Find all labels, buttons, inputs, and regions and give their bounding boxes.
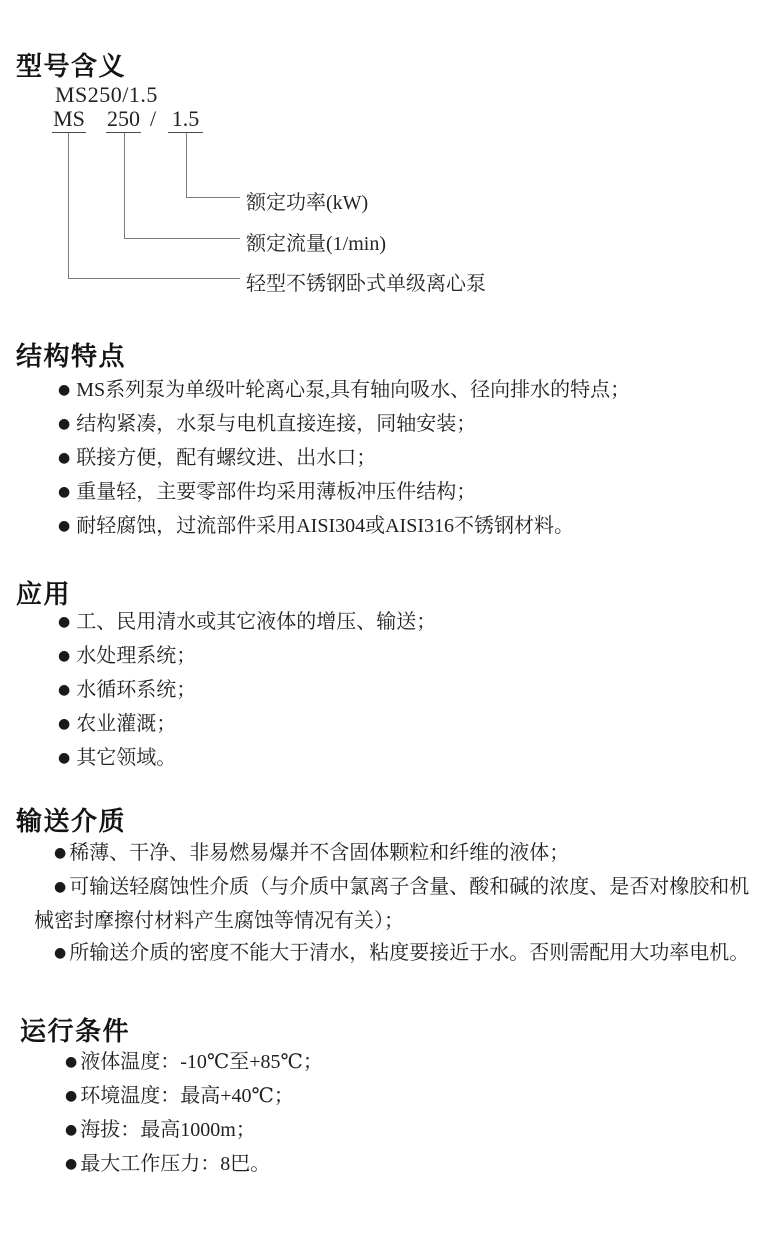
bullet-icon: ● bbox=[58, 484, 70, 500]
bullet-icon: ● bbox=[54, 845, 66, 861]
list-item: ●稀薄、干净、非易燃易爆并不含固体颗粒和纤维的液体； bbox=[34, 837, 780, 871]
model-part-slash: / bbox=[146, 106, 160, 132]
model-part-flow-value: 250 bbox=[106, 106, 141, 133]
connector-line-vertical-flow bbox=[124, 133, 125, 239]
list-item-text: 耐轻腐蚀，过流部件采用AISI304或AISI316不锈钢材料。 bbox=[76, 515, 574, 537]
connector-line-horizontal-series bbox=[68, 278, 240, 279]
list-item: ●工、民用清水或其它液体的增压、输送； bbox=[38, 606, 768, 640]
list-item-text: 其它领域。 bbox=[76, 747, 176, 769]
bullet-icon: ● bbox=[58, 716, 70, 732]
list-item: ●农业灌溉； bbox=[38, 708, 768, 742]
list-item-text: MS系列泵为单级叶轮离心泵,具有轴向吸水、径向排水的特点； bbox=[76, 379, 630, 401]
bullet-icon: ● bbox=[58, 682, 70, 698]
list-item: ●最大工作压力：8巴。 bbox=[45, 1148, 745, 1182]
list-item-text: 稀薄、干净、非易燃易爆并不含固体颗粒和纤维的液体； bbox=[69, 842, 569, 864]
bullet-icon: ● bbox=[54, 945, 66, 961]
list-item-text: 农业灌溉； bbox=[76, 713, 176, 735]
label-rated-power: 额定功率(kW) bbox=[246, 186, 368, 215]
model-meaning-heading: 型号含义 bbox=[16, 46, 126, 83]
model-part-series: MS bbox=[52, 106, 86, 133]
model-code-full: MS250/1.5 bbox=[55, 82, 158, 108]
list-item-text: 结构紧凑，水泵与电机直接连接，同轴安装； bbox=[76, 413, 476, 435]
bullet-icon: ● bbox=[58, 416, 70, 432]
list-item: ●水循环系统； bbox=[38, 674, 768, 708]
list-item-text: 重量轻，主要零部件均采用薄板冲压件结构； bbox=[76, 481, 476, 503]
model-code-diagram: MS250/1.5 MS 250 / 1.5 额定功率(kW) 额定流量(1/m… bbox=[0, 80, 780, 305]
structure-features-heading: 结构特点 bbox=[16, 336, 126, 373]
label-rated-flow: 额定流量(1/min) bbox=[246, 227, 386, 256]
list-item: ●其它领域。 bbox=[38, 742, 768, 776]
list-item-text: 工、民用清水或其它液体的增压、输送； bbox=[76, 611, 436, 633]
bullet-icon: ● bbox=[58, 518, 70, 534]
list-item: ●海拔：最高1000m； bbox=[45, 1114, 745, 1148]
list-item: ●环境温度：最高+40℃； bbox=[45, 1080, 745, 1114]
bullet-icon: ● bbox=[58, 450, 70, 466]
bullet-icon: ● bbox=[54, 879, 66, 895]
list-item-text: 可输送轻腐蚀性介质（与介质中氯离子含量、酸和碱的浓度、是否对橡胶和机 bbox=[69, 876, 749, 898]
list-item: ●结构紧凑，水泵与电机直接连接，同轴安装； bbox=[38, 408, 768, 442]
list-item: ●联接方便，配有螺纹进、出水口； bbox=[38, 442, 768, 476]
list-item: ●MS系列泵为单级叶轮离心泵,具有轴向吸水、径向排水的特点； bbox=[38, 374, 768, 408]
application-list: ●工、民用清水或其它液体的增压、输送； ●水处理系统； ●水循环系统； ●农业灌… bbox=[38, 606, 768, 776]
list-item-text: 联接方便，配有螺纹进、出水口； bbox=[76, 447, 376, 469]
bullet-icon: ● bbox=[65, 1054, 77, 1070]
bullet-icon: ● bbox=[58, 382, 70, 398]
operating-conditions-heading: 运行条件 bbox=[20, 1011, 130, 1048]
model-part-power-value: 1.5 bbox=[168, 106, 203, 133]
label-pump-type: 轻型不锈钢卧式单级离心泵 bbox=[246, 267, 486, 296]
connector-line-horizontal-power bbox=[186, 197, 240, 198]
structure-feature-list: ●MS系列泵为单级叶轮离心泵,具有轴向吸水、径向排水的特点； ●结构紧凑，水泵与… bbox=[38, 374, 768, 544]
list-item-text: 水循环系统； bbox=[76, 679, 196, 701]
list-item: ●所输送介质的密度不能大于清水，粘度要接近于水。否则需配用大功率电机。 bbox=[34, 937, 780, 971]
list-item: ●液体温度：-10℃至+85℃； bbox=[45, 1046, 745, 1080]
list-item-text: 水处理系统； bbox=[76, 645, 196, 667]
connector-line-vertical-power bbox=[186, 133, 187, 198]
list-item-text: 液体温度：-10℃至+85℃； bbox=[80, 1051, 323, 1073]
list-item-text: 环境温度：最高+40℃； bbox=[80, 1085, 294, 1107]
bullet-icon: ● bbox=[65, 1088, 77, 1104]
document-page: 型号含义 MS250/1.5 MS 250 / 1.5 额定功率(kW) 额定流… bbox=[0, 0, 780, 1235]
transport-medium-heading: 输送介质 bbox=[16, 801, 126, 838]
transport-medium-list: ●稀薄、干净、非易燃易爆并不含固体颗粒和纤维的液体； ●可输送轻腐蚀性介质（与介… bbox=[34, 837, 780, 971]
connector-line-vertical-series bbox=[68, 133, 69, 279]
list-item-text: 海拔：最高1000m； bbox=[80, 1119, 256, 1141]
bullet-icon: ● bbox=[65, 1122, 77, 1138]
list-item: ●可输送轻腐蚀性介质（与介质中氯离子含量、酸和碱的浓度、是否对橡胶和机械密封摩擦… bbox=[34, 871, 780, 937]
connector-line-horizontal-flow bbox=[124, 238, 240, 239]
bullet-icon: ● bbox=[65, 1156, 77, 1172]
operating-conditions-list: ●液体温度：-10℃至+85℃； ●环境温度：最高+40℃； ●海拔：最高100… bbox=[45, 1046, 745, 1182]
list-item: ●水处理系统； bbox=[38, 640, 768, 674]
list-item: ●耐轻腐蚀，过流部件采用AISI304或AISI316不锈钢材料。 bbox=[38, 510, 768, 544]
bullet-icon: ● bbox=[58, 750, 70, 766]
list-item: ●重量轻，主要零部件均采用薄板冲压件结构； bbox=[38, 476, 768, 510]
bullet-icon: ● bbox=[58, 648, 70, 664]
list-item-text: 所输送介质的密度不能大于清水，粘度要接近于水。否则需配用大功率电机。 bbox=[69, 942, 749, 964]
list-item-text: 最大工作压力：8巴。 bbox=[80, 1153, 270, 1175]
bullet-icon: ● bbox=[58, 614, 70, 630]
list-item-text-continued: 械密封摩擦付材料产生腐蚀等情况有关）； bbox=[34, 905, 780, 937]
